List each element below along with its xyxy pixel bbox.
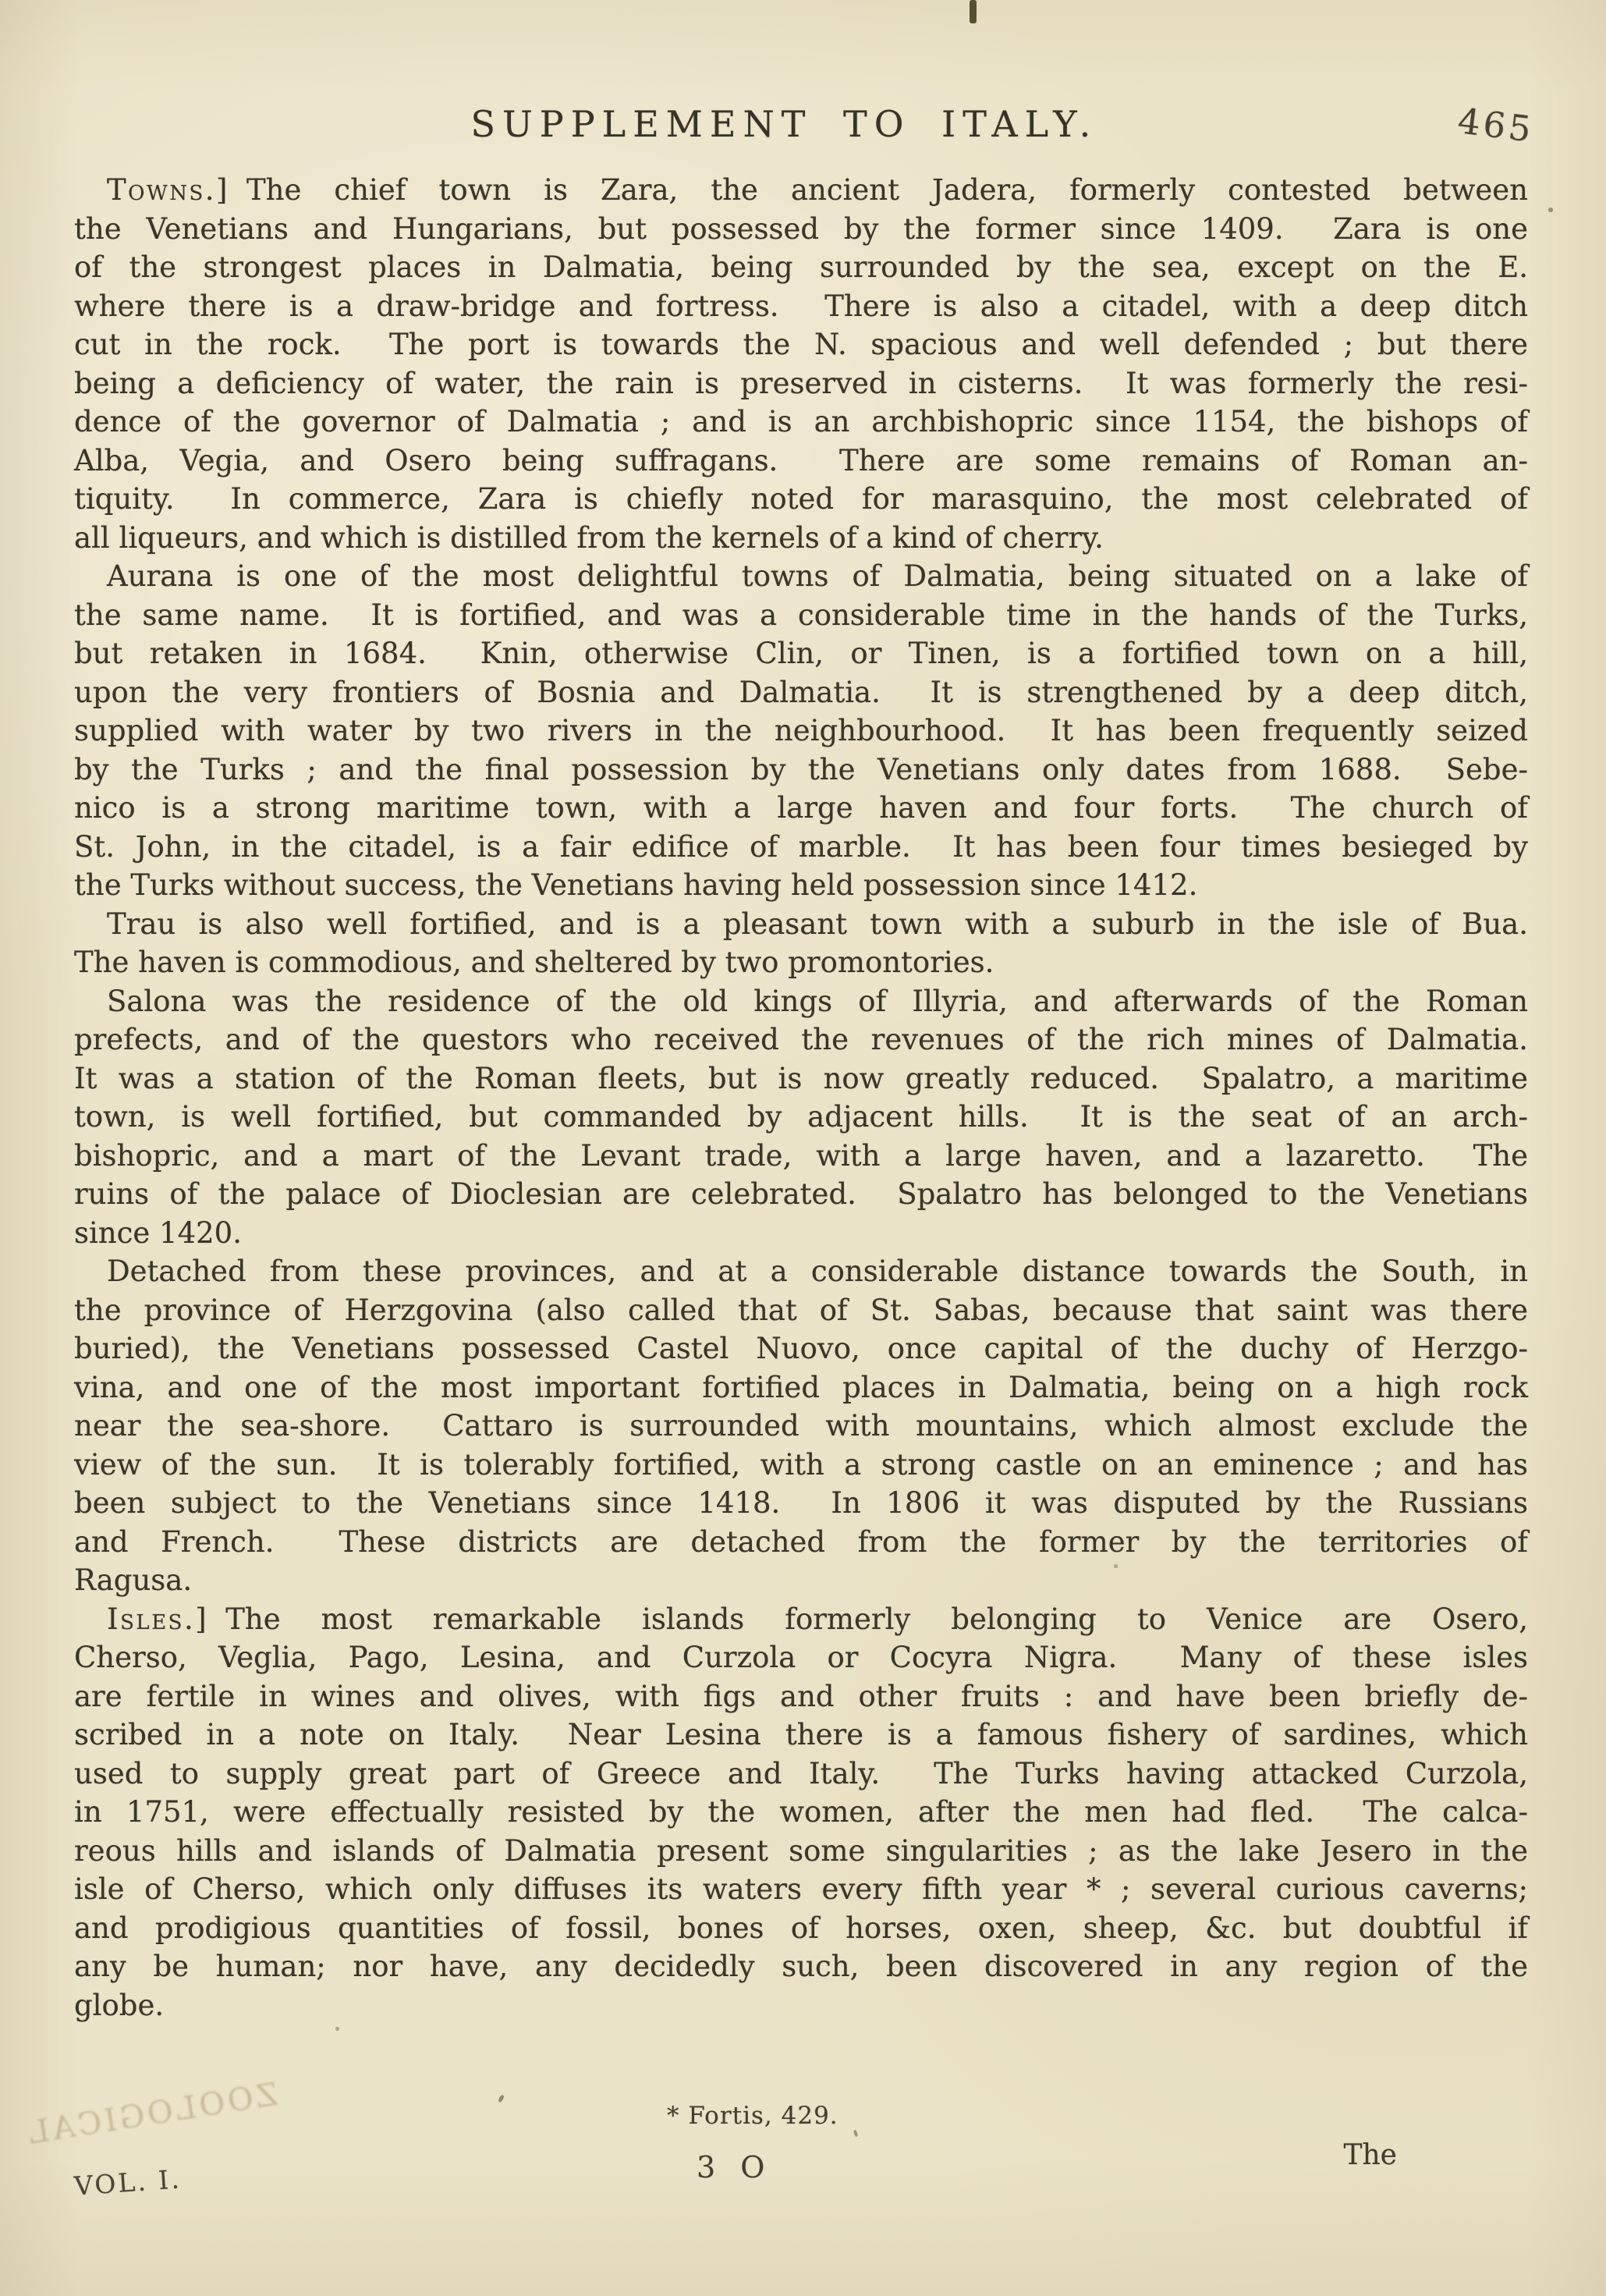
text-line: near the sea-shore. Cattaro is surrounde… [74,1407,1528,1446]
show-through-text: ZOOLOGICAL [12,2077,280,2154]
text-line: since 1420. [74,1214,1528,1253]
text-line: bishopric, and a mart of the Levant trad… [74,1137,1528,1176]
text-line: and French. These districts are detached… [74,1523,1528,1562]
text-line: isle of Cherso, which only diffuses its … [74,1870,1528,1909]
text-line: Trau is also well fortified, and is a pl… [74,905,1528,944]
ink-mark [970,0,977,23]
text-line: any be human; nor have, any decidedly su… [74,1947,1528,1986]
paper-speck [335,2027,339,2031]
text-line: town, is well fortified, but commanded b… [74,1098,1528,1137]
catchword: The [1343,2139,1397,2171]
text-line: Detached from these provinces, and at a … [74,1252,1528,1291]
text-line: been subject to the Venetians since 1418… [74,1484,1528,1523]
text-line: and prodigious quantities of fossil, bon… [74,1909,1528,1948]
text-line: The haven is commodious, and sheltered b… [74,943,1528,982]
text-line: Ragusa. [74,1561,1528,1600]
text-line: scribed in a note on Italy. Near Lesina … [74,1716,1528,1755]
paragraph: Towns.]The chief town is Zara, the ancie… [74,171,1528,557]
paragraph: Trau is also well fortified, and is a pl… [74,905,1528,982]
text-line: cut in the rock. The port is towards the… [74,325,1528,364]
text-line: Salona was the residence of the old king… [74,982,1528,1021]
text-line: the Turks without success, the Venetians… [74,866,1528,905]
text-line: dence of the governor of Dalmatia ; and … [74,403,1528,442]
paragraph-lead: Towns.] [107,173,229,207]
page-header-title: SUPPLEMENT TO ITALY. [470,103,1097,145]
page-number: 465 [1455,100,1537,151]
text-line: used to supply great part of Greece and … [74,1755,1528,1794]
text-line: Isles.]The most remarkable islands forme… [74,1600,1528,1639]
scanned-book-page: SUPPLEMENT TO ITALY. 465 Towns.]The chie… [0,0,1606,2296]
text-line: prefects, and of the questors who receiv… [74,1020,1528,1059]
text-line: all liqueurs, and which is distilled fro… [74,519,1528,558]
text-line: where there is a draw-bridge and fortres… [74,287,1528,326]
text-line: view of the sun. It is tolerably fortifi… [74,1446,1528,1485]
text-line: St. John, in the citadel, is a fair edif… [74,828,1528,867]
text-line: Cherso, Veglia, Pago, Lesina, and Curzol… [74,1638,1528,1677]
text-line: upon the very frontiers of Bosnia and Da… [74,673,1528,712]
paragraph: Isles.]The most remarkable islands forme… [74,1600,1528,2025]
text-line: Alba, Vegia, and Osero being suffragans.… [74,442,1528,481]
text-line: the province of Herzgovina (also called … [74,1291,1528,1330]
text-line: Towns.]The chief town is Zara, the ancie… [74,171,1528,210]
text-line: by the Turks ; and the final possession … [74,751,1528,790]
text-line: tiquity. In commerce, Zara is chiefly no… [74,480,1528,519]
text-line: ruins of the palace of Dioclesian are ce… [74,1175,1528,1214]
text-line: of the strongest places in Dalmatia, bei… [74,248,1528,287]
paragraph: Aurana is one of the most delightful tow… [74,557,1528,905]
text-line: reous hills and islands of Dalmatia pres… [74,1832,1528,1871]
paragraph: Detached from these provinces, and at a … [74,1252,1528,1600]
volume-label: VOL. I. [73,2163,183,2202]
paper-speck [1114,1564,1118,1568]
paper-speck [498,2094,505,2103]
paragraph-lead: Isles.] [107,1602,208,1636]
footnote: * Fortis, 429. [667,2102,838,2130]
signature-mark: 3 O [697,2150,772,2184]
text-line: supplied with water by two rivers in the… [74,712,1528,751]
paper-speck [853,2130,859,2138]
text-line: buried), the Venetians possessed Castel … [74,1329,1528,1368]
paragraph: Salona was the residence of the old king… [74,982,1528,1253]
text-line: Aurana is one of the most delightful tow… [74,557,1528,596]
text-line: vina, and one of the most important fort… [74,1368,1528,1407]
text-line: being a deficiency of water, the rain is… [74,364,1528,403]
text-line: are fertile in wines and olives, with fi… [74,1677,1528,1716]
text-line: It was a station of the Roman fleets, bu… [74,1059,1528,1098]
text-line: nico is a strong maritime town, with a l… [74,789,1528,828]
text-line: the Venetians and Hungarians, but posses… [74,210,1528,249]
text-line: but retaken in 1684. Knin, otherwise Cli… [74,634,1528,673]
text-line: the same name. It is fortified, and was … [74,596,1528,635]
paper-speck [1548,208,1553,212]
body-text: Towns.]The chief town is Zara, the ancie… [74,171,1528,2025]
text-line: globe. [74,1986,1528,2025]
text-line: in 1751, were effectually resisted by th… [74,1793,1528,1832]
